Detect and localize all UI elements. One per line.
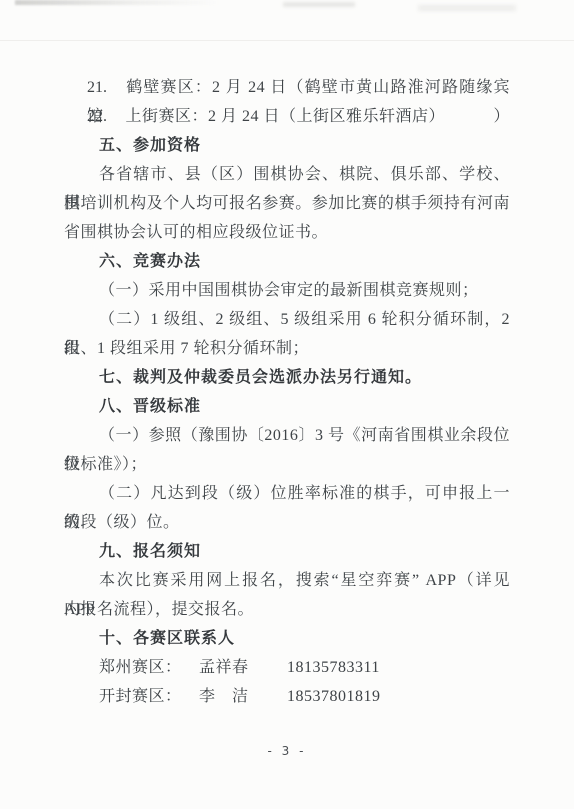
section-heading-referee: 七、裁判及仲裁委员会选派办法另行通知。 [64,363,510,392]
body-line: 棋培训机构及个人均可报名参赛。参加比赛的棋手须持有河南 [64,189,510,218]
section-heading-qualification: 五、参加资格 [64,131,510,160]
page-number: - 3 - [0,744,574,758]
contact-region: 开封赛区： [99,682,199,711]
contact-phone: 18135783311 [287,659,380,676]
section-heading-contacts: 十、各赛区联系人 [64,624,510,653]
contact-region: 郑州赛区： [99,653,199,682]
body-line: 省围棋协会认可的相应段级位证书。 [64,218,510,247]
section-heading-registration: 九、报名须知 [64,537,510,566]
venue-list-item: 22. 上街赛区：2 月 24 日（上街区雅乐轩酒店） [64,102,510,131]
document-body: 21. 鹤壁赛区：2 月 24 日（鹤壁市黄山路淮河路随缘宾馆） 22. 上街赛… [64,73,510,711]
body-line: 位标准》）； [64,450,510,479]
venue-item-number: 22. [87,102,121,131]
body-line: （二）1 级组、2 级组、5 级组采用 6 轮积分循环制，2 段 [64,305,510,334]
body-line: 各省辖市、县（区）围棋协会、棋院、俱乐部、学校、围 [64,160,510,189]
venue-item-text: 上街赛区：2 月 24 日（上街区雅乐轩酒店） [126,108,446,125]
body-line: （一）参照（豫围协〔2016〕3 号《河南省围棋业余段位级 [64,421,510,450]
section-heading-promotion: 八、晋级标准 [64,392,510,421]
contact-row: 郑州赛区：孟祥春18135783311 [64,653,510,682]
body-line: 内报名流程），提交报名。 [64,595,510,624]
scan-line-artifact [0,40,574,41]
contact-name: 孟祥春 [199,653,287,682]
venue-list-item: 21. 鹤壁赛区：2 月 24 日（鹤壁市黄山路淮河路随缘宾馆） [64,73,510,102]
contact-row: 开封赛区：李 洁18537801819 [64,682,510,711]
body-line: 的段（级）位。 [64,508,510,537]
scan-smudge-artifact [283,2,355,7]
section-heading-rules: 六、竞赛办法 [64,247,510,276]
contact-name: 李 洁 [199,682,287,711]
scan-smudge-artifact [15,0,220,5]
venue-item-number: 21. [87,73,121,102]
contact-phone: 18537801819 [287,688,381,705]
document-page: 21. 鹤壁赛区：2 月 24 日（鹤壁市黄山路淮河路随缘宾馆） 22. 上街赛… [0,0,574,809]
body-line: 本次比赛采用网上报名，搜索“星空弈赛” APP（详见 APP [64,566,510,595]
body-line: 组、1 段组采用 7 轮积分循环制； [64,334,510,363]
scan-smudge-artifact [418,5,516,11]
body-line: （二）凡达到段（级）位胜率标准的棋手，可申报上一级 [64,479,510,508]
body-line: （一）采用中国围棋协会审定的最新围棋竞赛规则； [64,276,510,305]
